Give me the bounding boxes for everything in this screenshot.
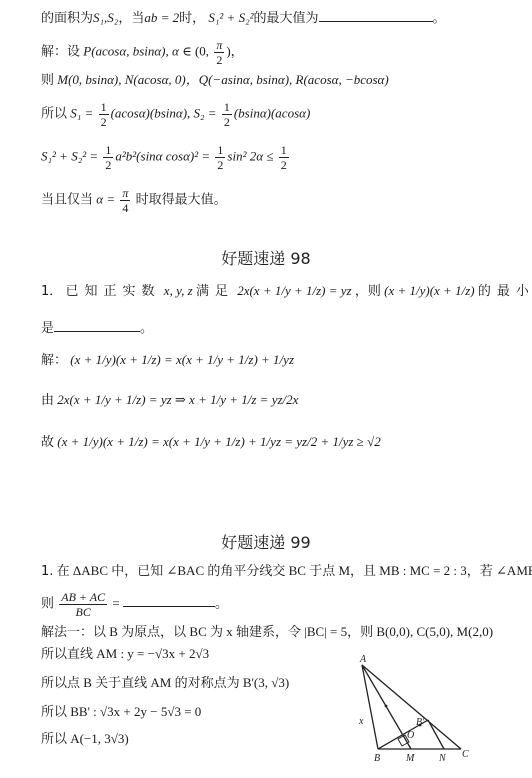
text: ，当 <box>118 10 144 25</box>
math-cond: ab = 2 <box>144 10 179 25</box>
numerator: π <box>214 38 224 53</box>
label-a: A <box>359 654 367 665</box>
text: 。 <box>433 10 446 25</box>
label-m: M <box>405 753 415 764</box>
solution-99-line-1: 解法一：以 B 为原点，以 BC 为 x 轴建系，令 |BC| = 5，则 B(… <box>41 624 493 640</box>
denominator: 2 <box>279 158 289 172</box>
denominator: 4 <box>120 201 130 215</box>
text: 满足 <box>196 283 234 298</box>
solution-line-1: 解：设 P(acosα, bsinα), α ∈ (0, π2)， <box>41 38 244 67</box>
denominator: 2 <box>214 53 224 67</box>
problem-98-line-1: 1． 已知正实数 x, y, z 满足 2x(x + 1/y + 1/z) = … <box>41 283 501 300</box>
text: 。 <box>215 595 228 610</box>
label-b-prime: B' <box>416 717 425 728</box>
math-expr: (acosα)(bsinα), S₂ = <box>111 105 217 120</box>
text: 。 <box>140 320 153 335</box>
denominator: 2 <box>99 115 109 129</box>
fraction: 12 <box>222 100 232 129</box>
answer-blank[interactable] <box>54 320 140 332</box>
math-expr: S₁ = <box>70 105 93 120</box>
label: 解： <box>41 352 67 367</box>
problem-99-line-2: 则 AB + ACBC = 。 <box>41 590 228 619</box>
solution-line-2: 则 M(0, bsinα), N(acosα, 0)，Q(−asinα, bsi… <box>41 72 389 88</box>
problem-number: 1． <box>41 284 62 299</box>
problem-98-line-2: 是。 <box>41 320 153 336</box>
segment-bpn <box>428 720 444 749</box>
math-expr: S₁² + S₂² = <box>41 148 98 163</box>
numerator: AB + AC <box>59 590 107 605</box>
label: 故 <box>41 434 54 449</box>
solution-99-line-3: 所以点 B 关于直线 AM 的对称点为 B'(3, √3) <box>41 675 289 691</box>
label-x: x <box>358 716 364 727</box>
numerator: 1 <box>279 143 289 158</box>
text: )， <box>226 43 243 58</box>
math-vars: S₁,S₂ <box>93 10 118 25</box>
math-vars: x, y, z <box>164 283 193 298</box>
tick-mark <box>385 705 388 708</box>
label-c: C <box>462 749 469 760</box>
text: (0, <box>195 43 209 58</box>
text: 在 ΔABC 中，已知 ∠BAC 的角平分线交 BC 于点 M，且 MB : M… <box>57 563 532 578</box>
solution-98-line-3: 故 (x + 1/y)(x + 1/z) = x(x + 1/y + 1/z) … <box>41 434 381 450</box>
problem-number: 1. <box>41 564 53 579</box>
numerator: 1 <box>99 100 109 115</box>
math-expr: M(0, bsinα), N(acosα, 0)，Q(−asinα, bsinα… <box>57 72 388 87</box>
label-b: B <box>374 753 380 764</box>
solution-99-line-2: 所以直线 AM : y = −√3x + 2√3 <box>41 646 209 662</box>
math-expr: P(acosα, bsinα), α ∈ <box>83 43 191 58</box>
solution-98-line-1: 解： (x + 1/y)(x + 1/z) = x(x + 1/y + 1/z)… <box>41 352 294 368</box>
label: 解：设 <box>41 43 80 58</box>
text: = <box>112 595 119 610</box>
question-tail: 的面积为S₁,S₂，当ab = 2时， S₁² + S₂²的最大值为。 <box>41 10 446 26</box>
numerator: π <box>120 186 130 201</box>
denominator: BC <box>74 605 93 619</box>
text: ，则 <box>355 283 381 298</box>
fraction: AB + ACBC <box>59 590 107 619</box>
text: 已知正实数 <box>66 283 161 298</box>
text: 时， <box>179 10 205 25</box>
label: 所以 <box>41 105 67 120</box>
solution-line-5: 当且仅当 α = π4 时取得最大值。 <box>41 186 227 215</box>
fraction: 12 <box>279 143 289 172</box>
text: 的最大值为 <box>253 10 318 25</box>
fraction: 12 <box>215 143 225 172</box>
label-o: O <box>407 730 414 741</box>
fraction: π2 <box>214 38 224 67</box>
denominator: 2 <box>103 158 113 172</box>
math-target: (x + 1/y)(x + 1/z) <box>384 283 474 298</box>
math-expr: (bsinα)(acosα) <box>234 105 310 120</box>
fraction: 12 <box>99 100 109 129</box>
text: 当且仅当 <box>41 191 93 206</box>
solution-99-line-5: 所以 A(−1, 3√3) <box>41 731 129 747</box>
text: 是 <box>41 320 54 335</box>
text: 的最小值 <box>478 283 532 298</box>
answer-blank[interactable] <box>123 595 215 607</box>
math-expr: a²b²(sinα cosα)² = <box>115 148 210 163</box>
solution-line-4: S₁² + S₂² = 12a²b²(sinα cosα)² = 12sin² … <box>41 143 291 172</box>
label: 由 <box>41 392 54 407</box>
math-expr: S₁² + S₂² <box>208 10 253 25</box>
numerator: 1 <box>215 143 225 158</box>
label: 则 <box>41 72 54 87</box>
fraction: π4 <box>120 186 130 215</box>
problem-99-line-1: 1. 在 ΔABC 中，已知 ∠BAC 的角平分线交 BC 于点 M，且 MB … <box>41 563 532 580</box>
math-expr: (x + 1/y)(x + 1/z) = x(x + 1/y + 1/z) + … <box>70 352 294 367</box>
answer-blank[interactable] <box>319 10 433 22</box>
fraction: 12 <box>103 143 113 172</box>
solution-line-3: 所以 S₁ = 12(acosα)(bsinα), S₂ = 12(bsinα)… <box>41 100 310 129</box>
numerator: 1 <box>222 100 232 115</box>
solution-99-line-4: 所以 BB' : √3x + 2y − 5√3 = 0 <box>41 704 201 720</box>
math-cond: 2x(x + 1/y + 1/z) = yz <box>237 283 351 298</box>
numerator: 1 <box>103 143 113 158</box>
math-expr: α = <box>96 191 115 206</box>
denominator: 2 <box>222 115 232 129</box>
triangle-diagram: A B C M N O B' x <box>340 645 532 778</box>
denominator: 2 <box>215 158 225 172</box>
solution-98-line-2: 由 2x(x + 1/y + 1/z) = yz ⇒ x + 1/y + 1/z… <box>41 392 298 408</box>
math-expr: 2x(x + 1/y + 1/z) = yz ⇒ x + 1/y + 1/z =… <box>57 392 298 407</box>
text: 时取得最大值。 <box>136 191 227 206</box>
text: 则 <box>41 595 54 610</box>
math-expr: (x + 1/y)(x + 1/z) = x(x + 1/y + 1/z) + … <box>57 434 380 449</box>
section-title-98: 好题速递 98 <box>0 246 532 269</box>
math-expr: sin² 2α ≤ <box>227 148 273 163</box>
label-n: N <box>438 753 447 764</box>
text: 的面积为 <box>41 10 93 25</box>
section-title-99: 好题速递 99 <box>0 530 532 553</box>
